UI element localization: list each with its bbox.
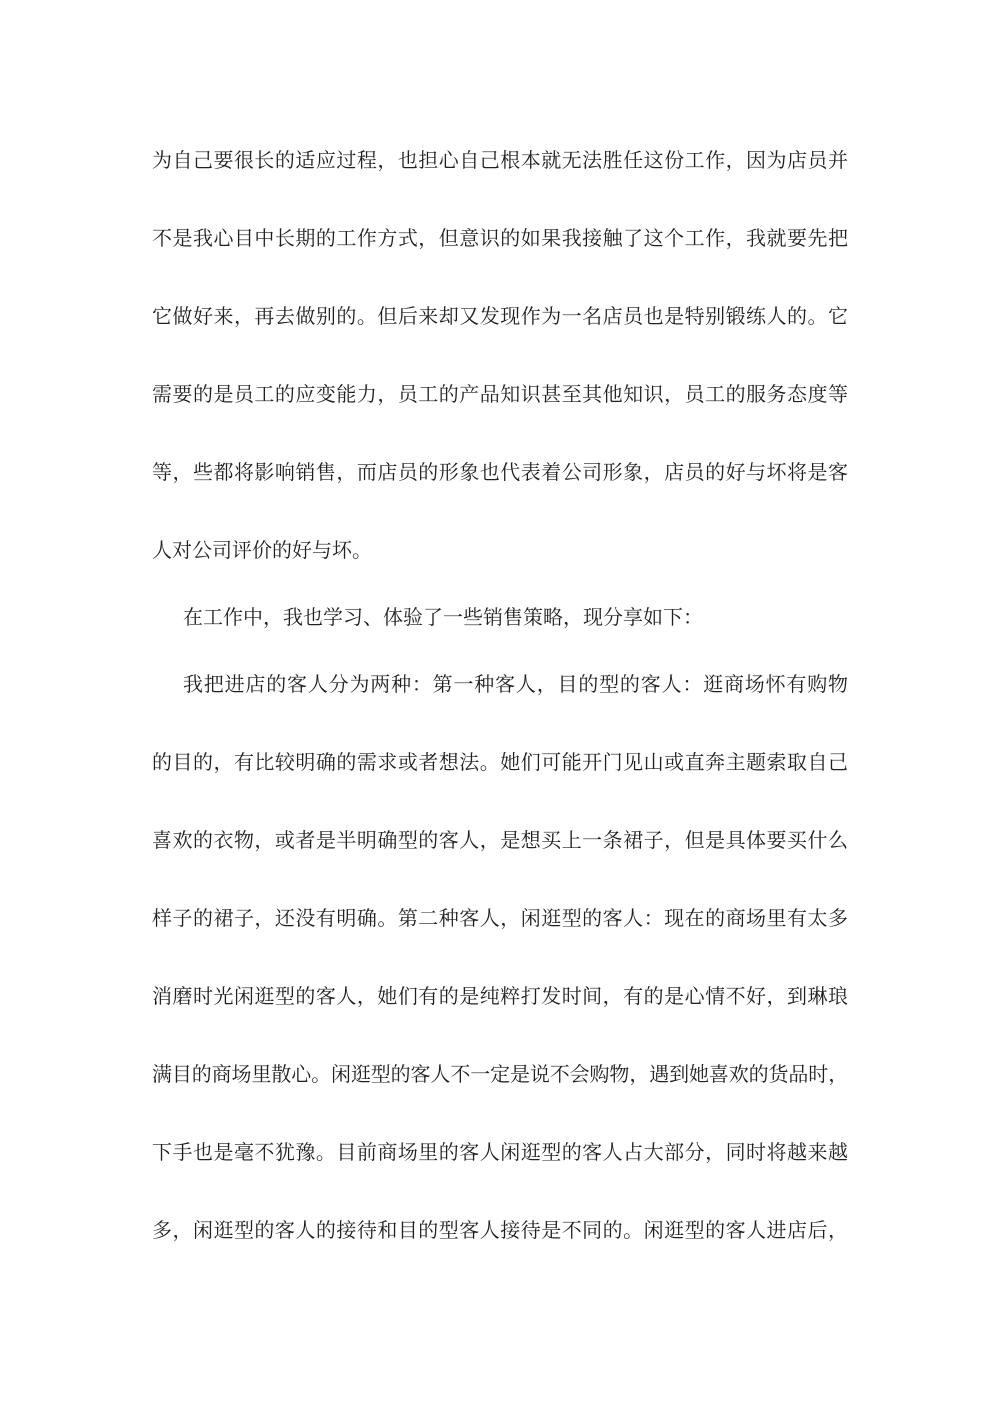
text-line: 不是我心目中长期的工作方式，但意识的如果我接触了这个工作，我就要先把 bbox=[152, 200, 848, 278]
text-line: 等，些都将影响销售，而店员的形象也代表着公司形象，店员的好与坏将是客 bbox=[152, 434, 848, 512]
text-line: 的目的，有比较明确的需求或者想法。她们可能开门见山或直奔主题索取自己 bbox=[152, 724, 848, 802]
text-line: 喜欢的衣物，或者是半明确型的客人，是想买上一条裙子，但是具体要买什么 bbox=[152, 802, 848, 880]
text-line: 我把进店的客人分为两种：第一种客人，目的型的客人：逛商场怀有购物 bbox=[152, 646, 848, 724]
text-line: 需要的是员工的应变能力，员工的产品知识甚至其他知识，员工的服务态度等 bbox=[152, 356, 848, 434]
text-line: 满目的商场里散心。闲逛型的客人不一定是说不会购物，遇到她喜欢的货品时， bbox=[152, 1036, 848, 1114]
text-line: 它做好来，再去做别的。但后来却又发现作为一名店员也是特别锻练人的。它 bbox=[152, 278, 848, 356]
text-line: 多，闲逛型的客人的接待和目的型客人接待是不同的。闲逛型的客人进店后， bbox=[152, 1192, 848, 1270]
text-line: 下手也是毫不犹豫。目前商场里的客人闲逛型的客人占大部分，同时将越来越 bbox=[152, 1114, 848, 1192]
document-page: 为自己要很长的适应过程，也担心自己根本就无法胜任这份工作，因为店员并 不是我心目… bbox=[0, 0, 1000, 1415]
text-line: 为自己要很长的适应过程，也担心自己根本就无法胜任这份工作，因为店员并 bbox=[152, 122, 848, 200]
text-line: 消磨时光闲逛型的客人，她们有的是纯粹打发时间，有的是心情不好，到琳琅 bbox=[152, 958, 848, 1036]
text-block: 为自己要很长的适应过程，也担心自己根本就无法胜任这份工作，因为店员并 不是我心目… bbox=[152, 122, 848, 1270]
text-line: 样子的裙子，还没有明确。第二种客人，闲逛型的客人：现在的商场里有太多 bbox=[152, 880, 848, 958]
